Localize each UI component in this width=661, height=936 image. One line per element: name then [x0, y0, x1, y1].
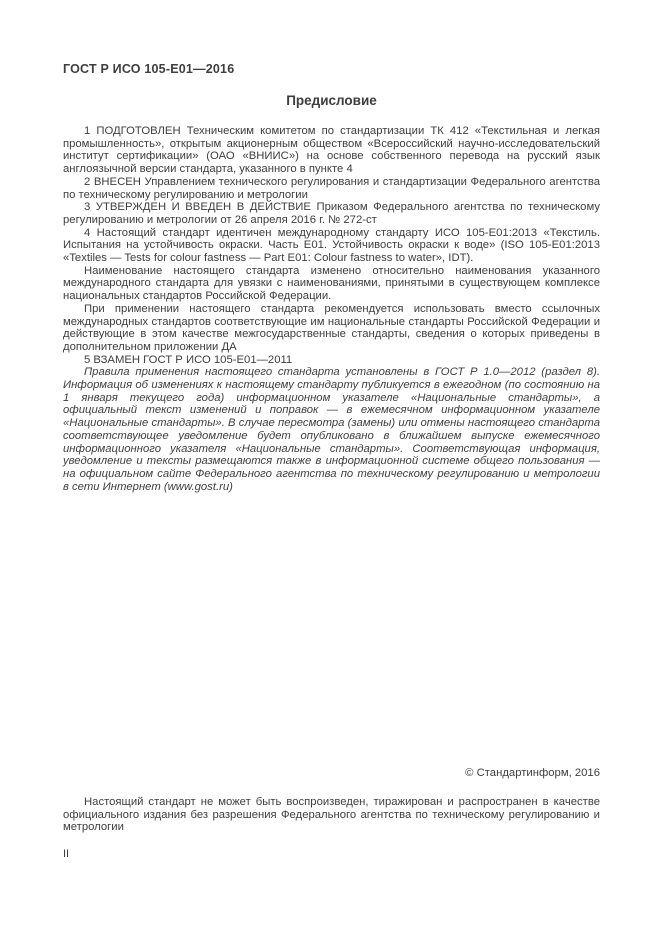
- foreword-item-5: 5 ВЗАМЕН ГОСТ Р ИСО 105-Е01—2011: [63, 354, 600, 367]
- foreword-item-4: 4 Настоящий стандарт идентичен междунаро…: [63, 227, 600, 265]
- foreword-item-3: 3 УТВЕРЖДЕН И ВВЕДЕН В ДЕЙСТВИЕ Приказом…: [63, 201, 600, 226]
- foreword-item-4-note-application: При применении настоящего стандарта реко…: [63, 303, 600, 354]
- page-content: ГОСТ Р ИСО 105-Е01—2016 Предисловие 1 ПО…: [63, 62, 600, 493]
- foreword-item-1: 1 ПОДГОТОВЛЕН Техническим комитетом по с…: [63, 125, 600, 176]
- foreword-item-2: 2 ВНЕСЕН Управлением технического регули…: [63, 176, 600, 201]
- standard-code-header: ГОСТ Р ИСО 105-Е01—2016: [63, 62, 600, 76]
- document-page: ГОСТ Р ИСО 105-Е01—2016 Предисловие 1 ПО…: [0, 0, 661, 936]
- page-number: II: [63, 848, 69, 860]
- reproduction-restriction-note: Настоящий стандарт не может быть воспрои…: [63, 796, 600, 834]
- foreword-item-4-note-naming: Наименование настоящего стандарта измене…: [63, 265, 600, 303]
- section-title: Предисловие: [63, 93, 600, 108]
- application-rules-note: Правила применения настоящего стандарта …: [63, 366, 600, 493]
- copyright-notice: © Стандартинформ, 2016: [465, 767, 600, 779]
